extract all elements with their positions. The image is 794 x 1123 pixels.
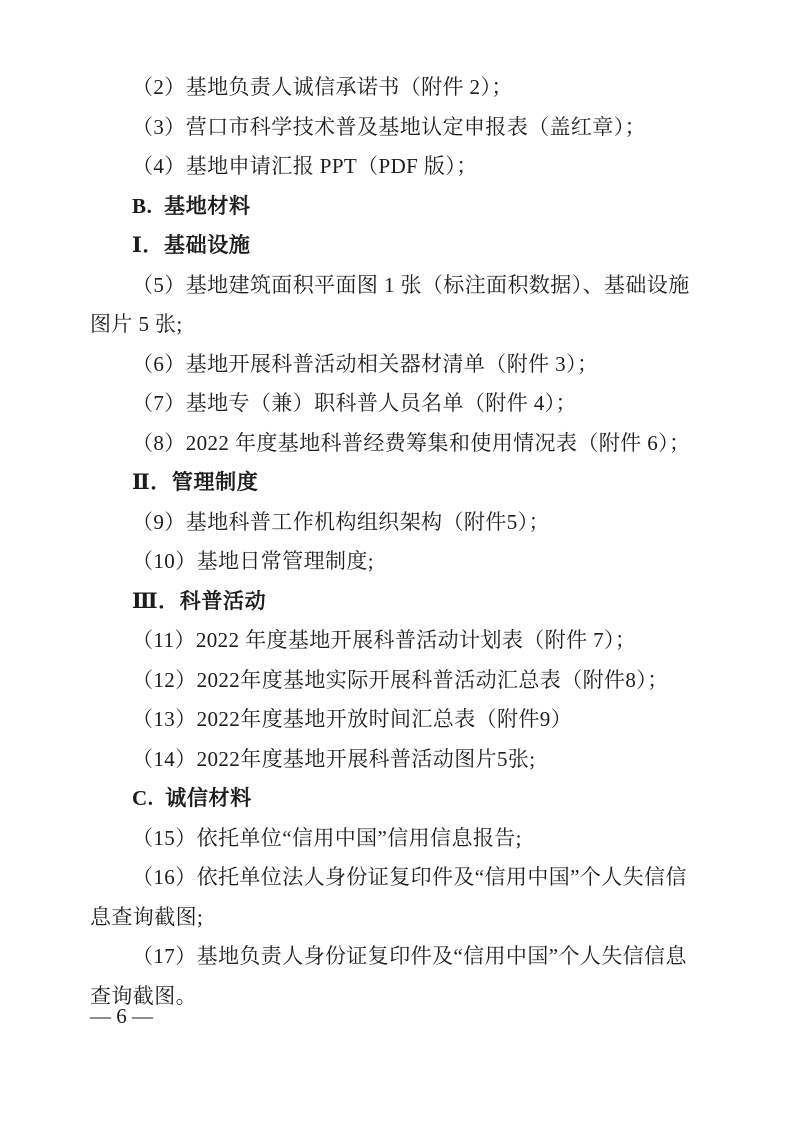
section-heading: Ⅲ．科普活动 (90, 582, 712, 622)
document-line: （5）基地建筑面积平面图 1 张（标注面积数据）、基础设施 (90, 266, 712, 306)
document-line: （17）基地负责人身份证复印件及“信用中国”个人失信信息 (90, 937, 712, 977)
document-line: （13）2022年度基地开放时间汇总表（附件9） (90, 700, 712, 740)
document-line: （14）2022年度基地开展科普活动图片5张; (90, 740, 712, 780)
section-heading: C. 诚信材料 (90, 779, 712, 819)
document-line: （7）基地专（兼）职科普人员名单（附件 4）； (90, 384, 712, 424)
document-line: （12）2022年度基地实际开展科普活动汇总表（附件8）； (90, 661, 712, 701)
document-body: （2）基地负责人诚信承诺书（附件 2）；（3）营口市科学技术普及基地认定申报表（… (90, 68, 712, 1016)
document-line: （8）2022 年度基地科普经费筹集和使用情况表（附件 6）； (90, 424, 712, 464)
document-line: （16）依托单位法人身份证复印件及“信用中国”个人失信信 (90, 858, 712, 898)
document-line: （9）基地科普工作机构组织架构（附件5）； (90, 503, 712, 543)
section-heading: B. 基地材料 (90, 187, 712, 227)
document-line: （15）依托单位“信用中国”信用信息报告; (90, 819, 712, 859)
document-line: （2）基地负责人诚信承诺书（附件 2）； (90, 68, 712, 108)
document-line: 图片 5 张; (90, 305, 712, 345)
document-page: （2）基地负责人诚信承诺书（附件 2）；（3）营口市科学技术普及基地认定申报表（… (0, 0, 794, 1123)
page-number: — 6 — (90, 1004, 153, 1028)
document-line: （4）基地申请汇报 PPT（PDF 版）； (90, 147, 712, 187)
section-heading: Ⅰ．基础设施 (90, 226, 712, 266)
section-heading: Ⅱ．管理制度 (90, 463, 712, 503)
document-line: （6）基地开展科普活动相关器材清单（附件 3）； (90, 345, 712, 385)
document-line: 息查询截图; (90, 898, 712, 938)
page-footer: — 6 — (90, 1001, 153, 1031)
document-line: （11）2022 年度基地开展科普活动计划表（附件 7）； (90, 621, 712, 661)
document-line: 查询截图。 (90, 977, 712, 1017)
document-line: （10）基地日常管理制度; (90, 542, 712, 582)
document-line: （3）营口市科学技术普及基地认定申报表（盖红章）； (90, 108, 712, 148)
